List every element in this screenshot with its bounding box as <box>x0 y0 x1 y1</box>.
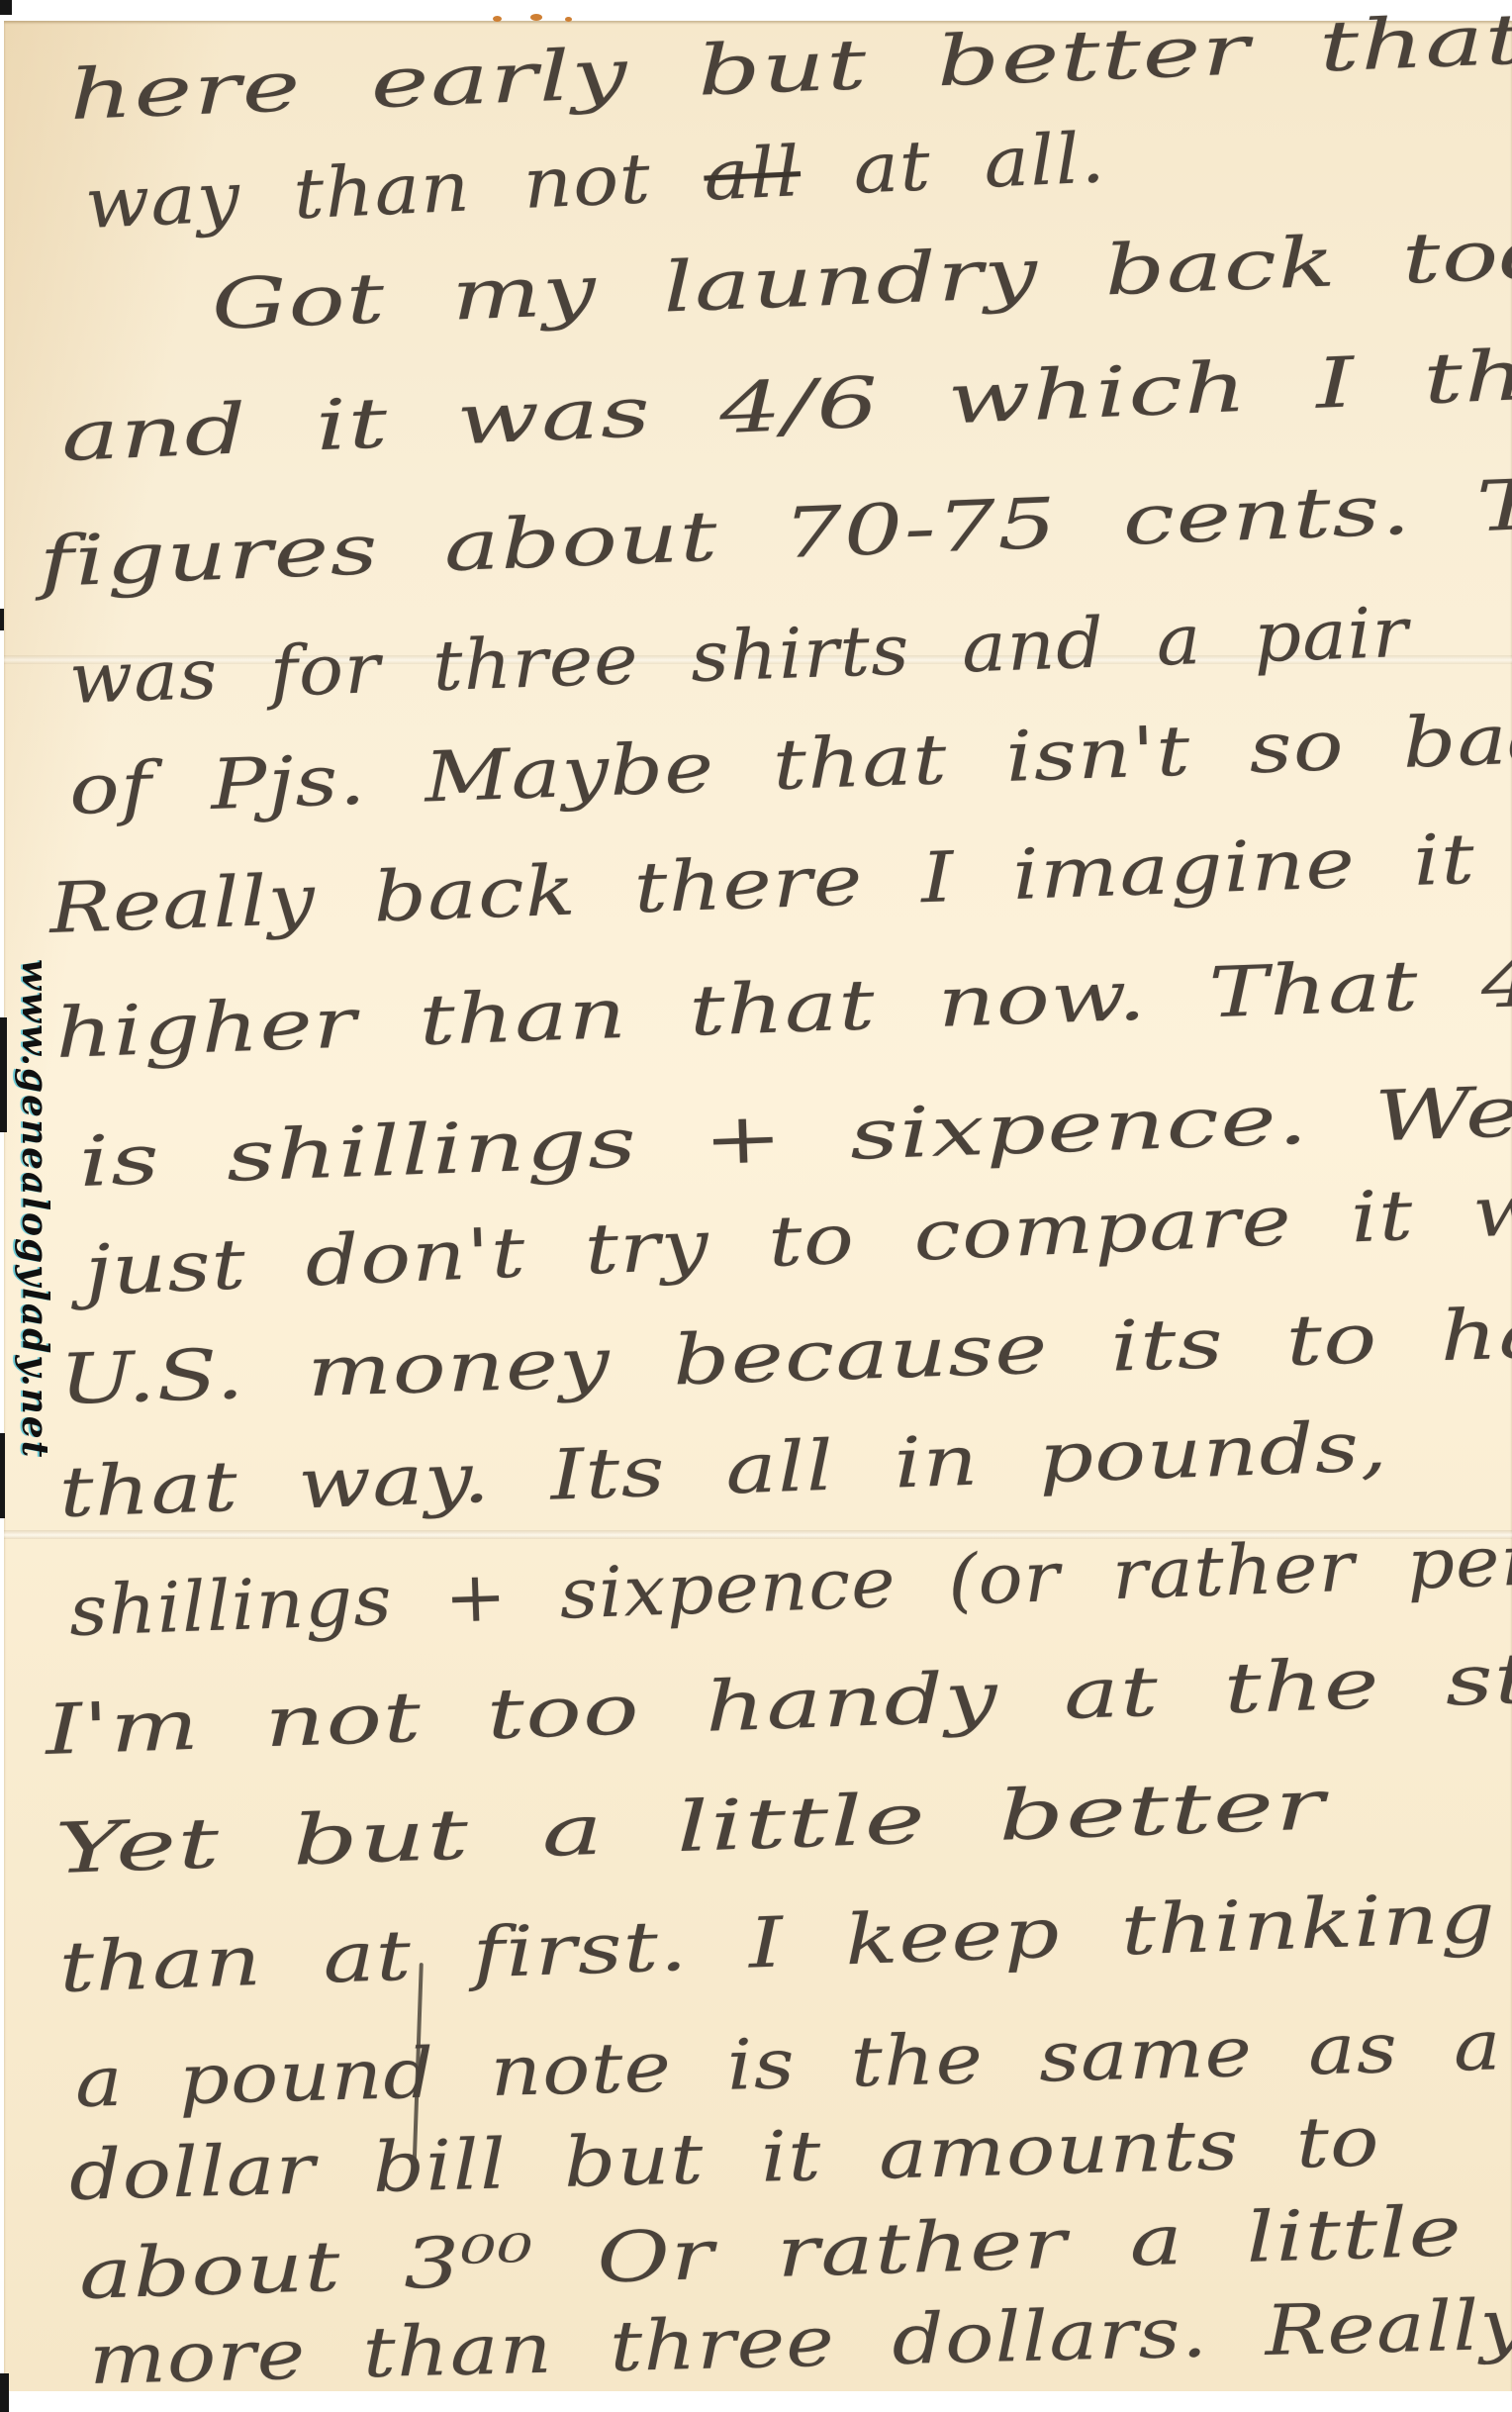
paper-speck <box>493 16 502 22</box>
paper-speck <box>565 17 572 22</box>
paper-speck <box>530 14 542 21</box>
scanned-letter-image: www.genealogylady.net here early but bet… <box>0 0 1512 2412</box>
handwriting-line-19: dollar bill but it amounts to <box>68 2106 1380 2210</box>
handwriting-line-6: was for three shirts and a pair <box>68 598 1410 714</box>
handwriting-line-3: Got my laundry back today <box>211 214 1512 339</box>
handwriting-line-7: of Pjs. Maybe that isn't so bad. <box>68 702 1512 824</box>
handwriting-line-16: Yet but a little better <box>54 1770 1327 1883</box>
handwriting-line-14: shillings + sixpence (or rather pence) <box>68 1521 1512 1646</box>
handwriting-line-12: U.S. money because its to hard <box>58 1295 1512 1414</box>
watermark-text: www.genealogylady.net <box>14 959 55 1459</box>
handwriting-line-8: Really back there I imagine it is <box>48 820 1512 943</box>
handwriting-line-1: here early but better that <box>68 4 1512 129</box>
line-2-struck-word: all <box>703 131 803 216</box>
handwriting-line-9: higher than that now. That 4/6 <box>54 944 1512 1068</box>
scanner-edge-mark-left-lower <box>0 1433 5 1518</box>
scanner-edge-mark-left-mid <box>0 1017 7 1132</box>
line-2-pre: way than not <box>83 136 706 244</box>
handwriting-line-15: I'm not too handy at the stuff <box>45 1639 1512 1765</box>
handwriting-line-13: that way. Its all in pounds, <box>58 1411 1389 1527</box>
handwriting-line-4: and it was 4/6 which I think <box>60 334 1512 471</box>
scanner-edge-mark-top-left <box>0 0 12 15</box>
handwriting-line-17: than at first. I keep thinking <box>58 1882 1497 2002</box>
scanner-edge-mark-bottom-left <box>0 2373 9 2412</box>
line-2-post: at all. <box>799 117 1107 212</box>
handwriting-line-2: way than not all at all. <box>83 123 1106 239</box>
handwriting-line-18: a pound note is the same as a <box>74 2010 1502 2117</box>
handwriting-line-5: figures about 70-75 cents. That <box>39 464 1512 597</box>
scanner-edge-mark-left-upper <box>0 609 4 630</box>
letter-paper: www.genealogylady.net here early but bet… <box>4 21 1512 2391</box>
